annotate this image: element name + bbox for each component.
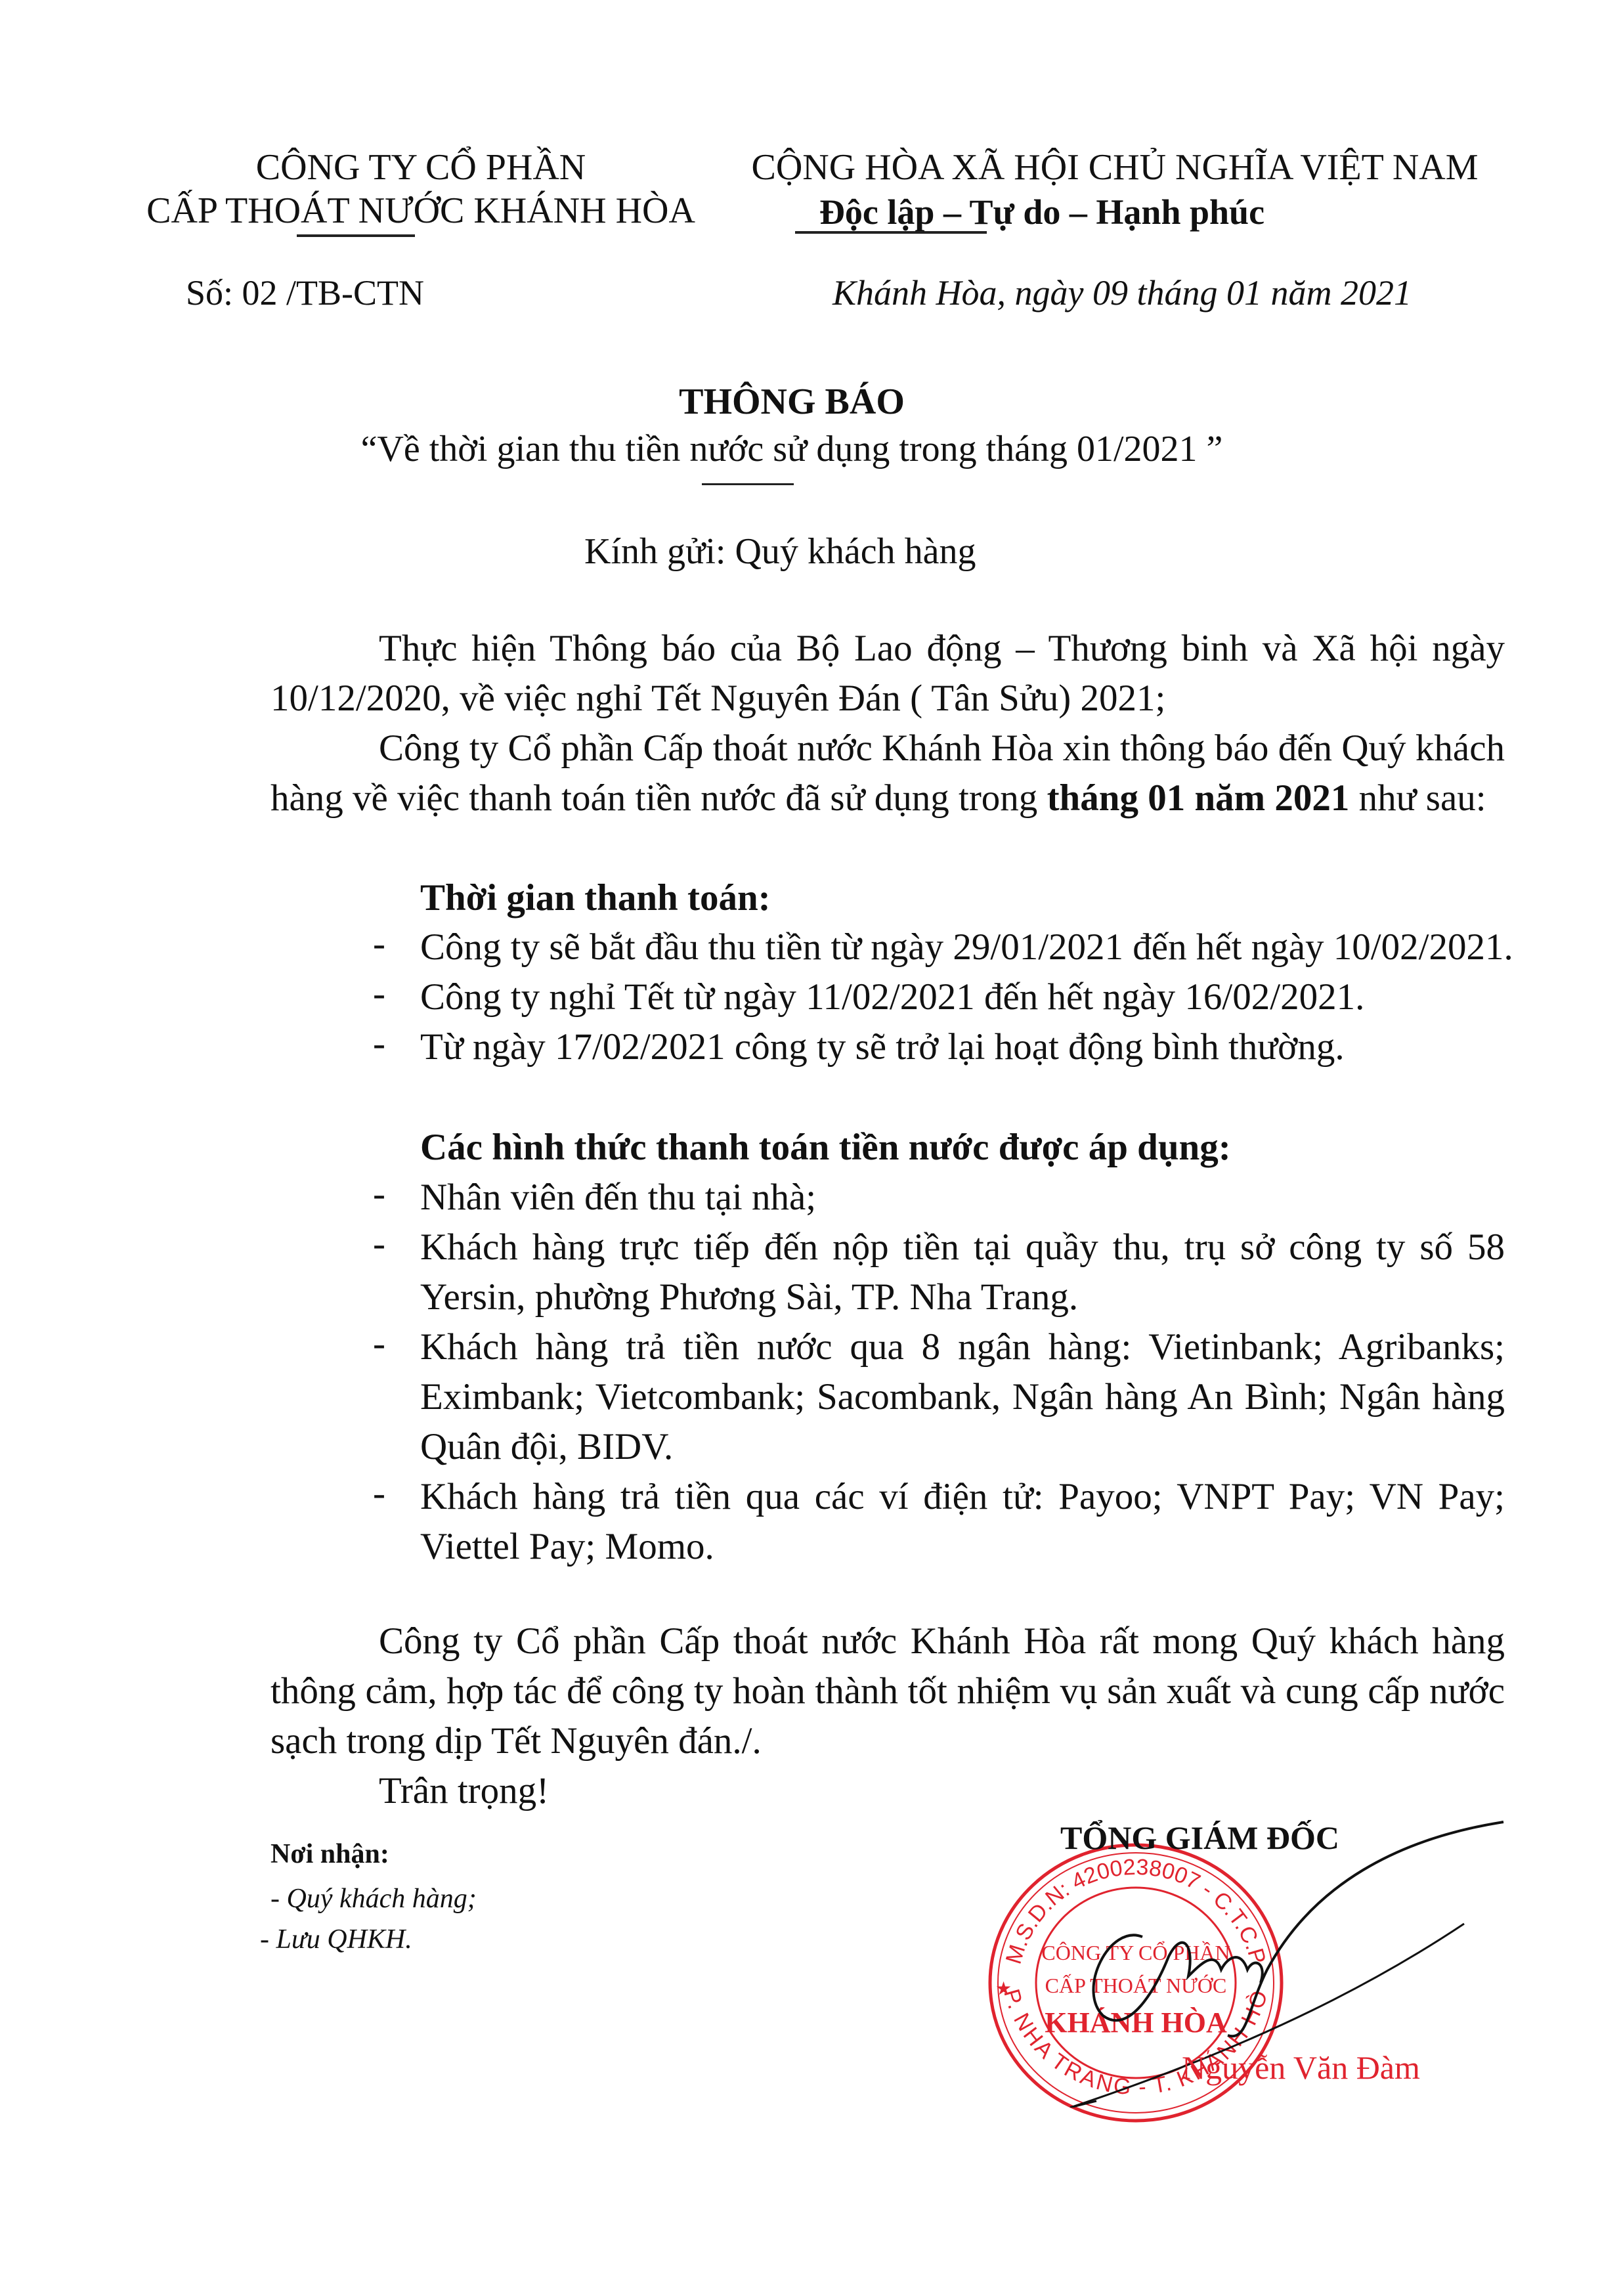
company-name-line1: CÔNG TY CỔ PHẦN — [256, 146, 586, 189]
payment-method-item: Khách hàng trực tiếp đến nộp tiền tại qu… — [420, 1223, 1505, 1322]
recipient-item: - Quý khách hàng; — [270, 1883, 477, 1915]
national-motto: Độc lập – Tự do – Hạnh phúc — [819, 190, 1264, 234]
bullet-dash: - — [373, 1472, 385, 1515]
document-title: THÔNG BÁO — [679, 381, 905, 423]
company-name-line2: CẤP THOÁT NƯỚC KHÁNH HÒA — [146, 189, 695, 232]
bullet-dash: - — [373, 972, 385, 1015]
recipient-line: Kính gửi: Quý khách hàng — [584, 531, 976, 573]
intro-paragraph-1: Thực hiện Thông báo của Bộ Lao động – Th… — [270, 624, 1505, 724]
bullet-dash: - — [373, 1322, 385, 1365]
bullet-dash: - — [373, 1173, 385, 1215]
document-number: Số: 02 /TB-CTN — [186, 272, 424, 313]
bullet-dash: - — [373, 1022, 385, 1065]
recipient-item: - Lưu QHKH. — [260, 1924, 412, 1955]
payment-method-item: Khách hàng trả tiền nước qua 8 ngân hàng… — [420, 1322, 1505, 1472]
payment-time-item: Công ty sẽ bắt đầu thu tiền từ ngày 29/0… — [420, 922, 1513, 972]
intro-paragraph-2-end: như sau: — [1349, 777, 1486, 819]
place-date: Khánh Hòa, ngày 09 tháng 01 năm 2021 — [832, 272, 1412, 313]
payment-methods-heading: Các hình thức thanh toán tiền nước được … — [420, 1123, 1231, 1173]
recipients-heading: Nơi nhận: — [270, 1838, 389, 1870]
payment-time-item: Từ ngày 17/02/2021 công ty sẽ trở lại ho… — [420, 1022, 1345, 1072]
payment-time-heading: Thời gian thanh toán: — [420, 873, 771, 923]
national-title: CỘNG HÒA XÃ HỘI CHỦ NGHĨA VIỆT NAM — [751, 146, 1478, 189]
payment-method-item: Khách hàng trả tiền qua các ví điện tử: … — [420, 1472, 1505, 1572]
intro-paragraph-2-bold: tháng 01 năm 2021 — [1047, 777, 1350, 819]
motto-underline — [795, 231, 987, 234]
bullet-dash: - — [373, 922, 385, 965]
company-underline — [297, 234, 415, 237]
title-underline — [702, 483, 794, 485]
payment-time-item: Công ty nghỉ Tết từ ngày 11/02/2021 đến … — [420, 972, 1364, 1022]
closing-paragraph: Công ty Cổ phần Cấp thoát nước Khánh Hòa… — [270, 1616, 1505, 1766]
bullet-dash: - — [373, 1223, 385, 1265]
signatory-name: Nguyễn Văn Đàm — [1182, 2048, 1420, 2087]
intro-paragraph-2: Công ty Cổ phần Cấp thoát nước Khánh Hòa… — [270, 724, 1505, 823]
svg-text:★: ★ — [995, 1979, 1012, 1999]
payment-method-item: Nhân viên đến thu tại nhà; — [420, 1173, 816, 1223]
document-subtitle: “Về thời gian thu tiền nước sử dụng tron… — [361, 428, 1223, 470]
regards: Trân trọng! — [379, 1766, 549, 1816]
